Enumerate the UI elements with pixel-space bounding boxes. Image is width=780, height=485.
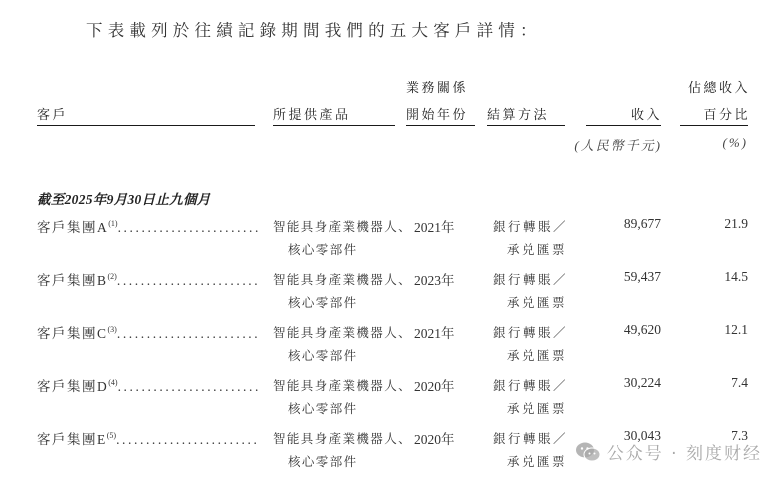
header-pct-underline — [680, 125, 748, 126]
leader-dots: ........................ — [116, 432, 259, 447]
product-line2: 核心零部件 — [288, 399, 358, 417]
customer-name: 客戶集團B(2)........................ — [37, 269, 260, 289]
header-product: 所提供產品 — [273, 104, 351, 123]
header-customer-underline — [37, 125, 255, 126]
header-revenue: 收入 — [631, 104, 662, 123]
unit-revenue: (人民幣千元) — [574, 135, 662, 154]
customer-name: 客戶集團A(1)........................ — [37, 216, 261, 236]
watermark: 公众号 · 刻度财经 — [575, 439, 762, 464]
customer-name: 客戶集團E(5)........................ — [37, 428, 259, 448]
header-customer: 客戶 — [37, 104, 68, 123]
revenue-value: 89,677 — [624, 216, 661, 232]
start-year: 2023年 — [414, 269, 455, 289]
header-product-underline — [273, 125, 395, 126]
customer-label: 客戶集團A — [37, 220, 108, 235]
revenue-value: 59,437 — [624, 269, 661, 285]
product-line1: 智能具身產業機器人、 — [273, 217, 412, 235]
settlement-line1: 銀行轉賬／ — [493, 429, 568, 447]
intro-text: 下表載列於往績記錄期間我們的五大客戶詳情： — [86, 17, 542, 41]
header-start-year-line1: 業務關係 — [406, 77, 468, 96]
pct-value: 14.5 — [724, 269, 748, 285]
start-year: 2021年 — [414, 322, 455, 342]
customer-label: 客戶集團C — [37, 326, 108, 341]
pct-value: 12.1 — [724, 322, 748, 338]
settlement-line1: 銀行轉賬／ — [493, 376, 568, 394]
period-label: 截至2025年9月30日止九個月 — [37, 188, 211, 208]
customer-name: 客戶集團C(3)........................ — [37, 322, 260, 342]
settlement-line1: 銀行轉賬／ — [493, 270, 568, 288]
product-line1: 智能具身產業機器人、 — [273, 376, 412, 394]
product-line1: 智能具身產業機器人、 — [273, 323, 412, 341]
leader-dots: ........................ — [118, 379, 261, 394]
settlement-line1: 銀行轉賬／ — [493, 217, 568, 235]
settlement-line2: 承兑匯票 — [507, 346, 567, 364]
revenue-value: 49,620 — [624, 322, 661, 338]
settlement-line2: 承兑匯票 — [507, 293, 567, 311]
customer-label: 客戶集團E — [37, 432, 107, 447]
header-revenue-underline — [586, 125, 661, 126]
header-pct-line2: 百分比 — [703, 104, 750, 123]
watermark-text: 公众号 · 刻度财经 — [607, 439, 762, 464]
pct-value: 21.9 — [724, 216, 748, 232]
product-line1: 智能具身產業機器人、 — [273, 270, 412, 288]
product-line1: 智能具身產業機器人、 — [273, 429, 412, 447]
footnote-ref: (1) — [108, 219, 117, 228]
leader-dots: ........................ — [117, 273, 260, 288]
product-line2: 核心零部件 — [288, 452, 358, 470]
settlement-line2: 承兑匯票 — [507, 399, 567, 417]
customer-label: 客戶集團B — [37, 273, 108, 288]
customer-name: 客戶集團D(4)........................ — [37, 375, 261, 395]
header-settlement: 結算方法 — [487, 104, 549, 123]
footnote-ref: (5) — [107, 431, 116, 440]
footnote-ref: (3) — [108, 325, 117, 334]
pct-value: 7.4 — [731, 375, 748, 391]
footnote-ref: (2) — [108, 272, 117, 281]
start-year: 2020年 — [414, 428, 455, 448]
header-pct-line1: 佔總收入 — [688, 77, 750, 96]
product-line2: 核心零部件 — [288, 240, 358, 258]
settlement-line2: 承兑匯票 — [507, 240, 567, 258]
settlement-line2: 承兑匯票 — [507, 452, 567, 470]
header-start-year-line2: 開始年份 — [406, 104, 468, 123]
leader-dots: ........................ — [117, 326, 260, 341]
start-year: 2021年 — [414, 216, 455, 236]
header-settlement-underline — [487, 125, 565, 126]
footnote-ref: (4) — [108, 378, 117, 387]
start-year: 2020年 — [414, 375, 455, 395]
customer-label: 客戶集團D — [37, 379, 108, 394]
product-line2: 核心零部件 — [288, 346, 358, 364]
leader-dots: ........................ — [118, 220, 261, 235]
revenue-value: 30,224 — [624, 375, 661, 391]
settlement-line1: 銀行轉賬／ — [493, 323, 568, 341]
wechat-icon — [575, 441, 601, 463]
product-line2: 核心零部件 — [288, 293, 358, 311]
unit-pct: (%) — [723, 135, 749, 151]
header-start-year-underline — [406, 125, 475, 126]
